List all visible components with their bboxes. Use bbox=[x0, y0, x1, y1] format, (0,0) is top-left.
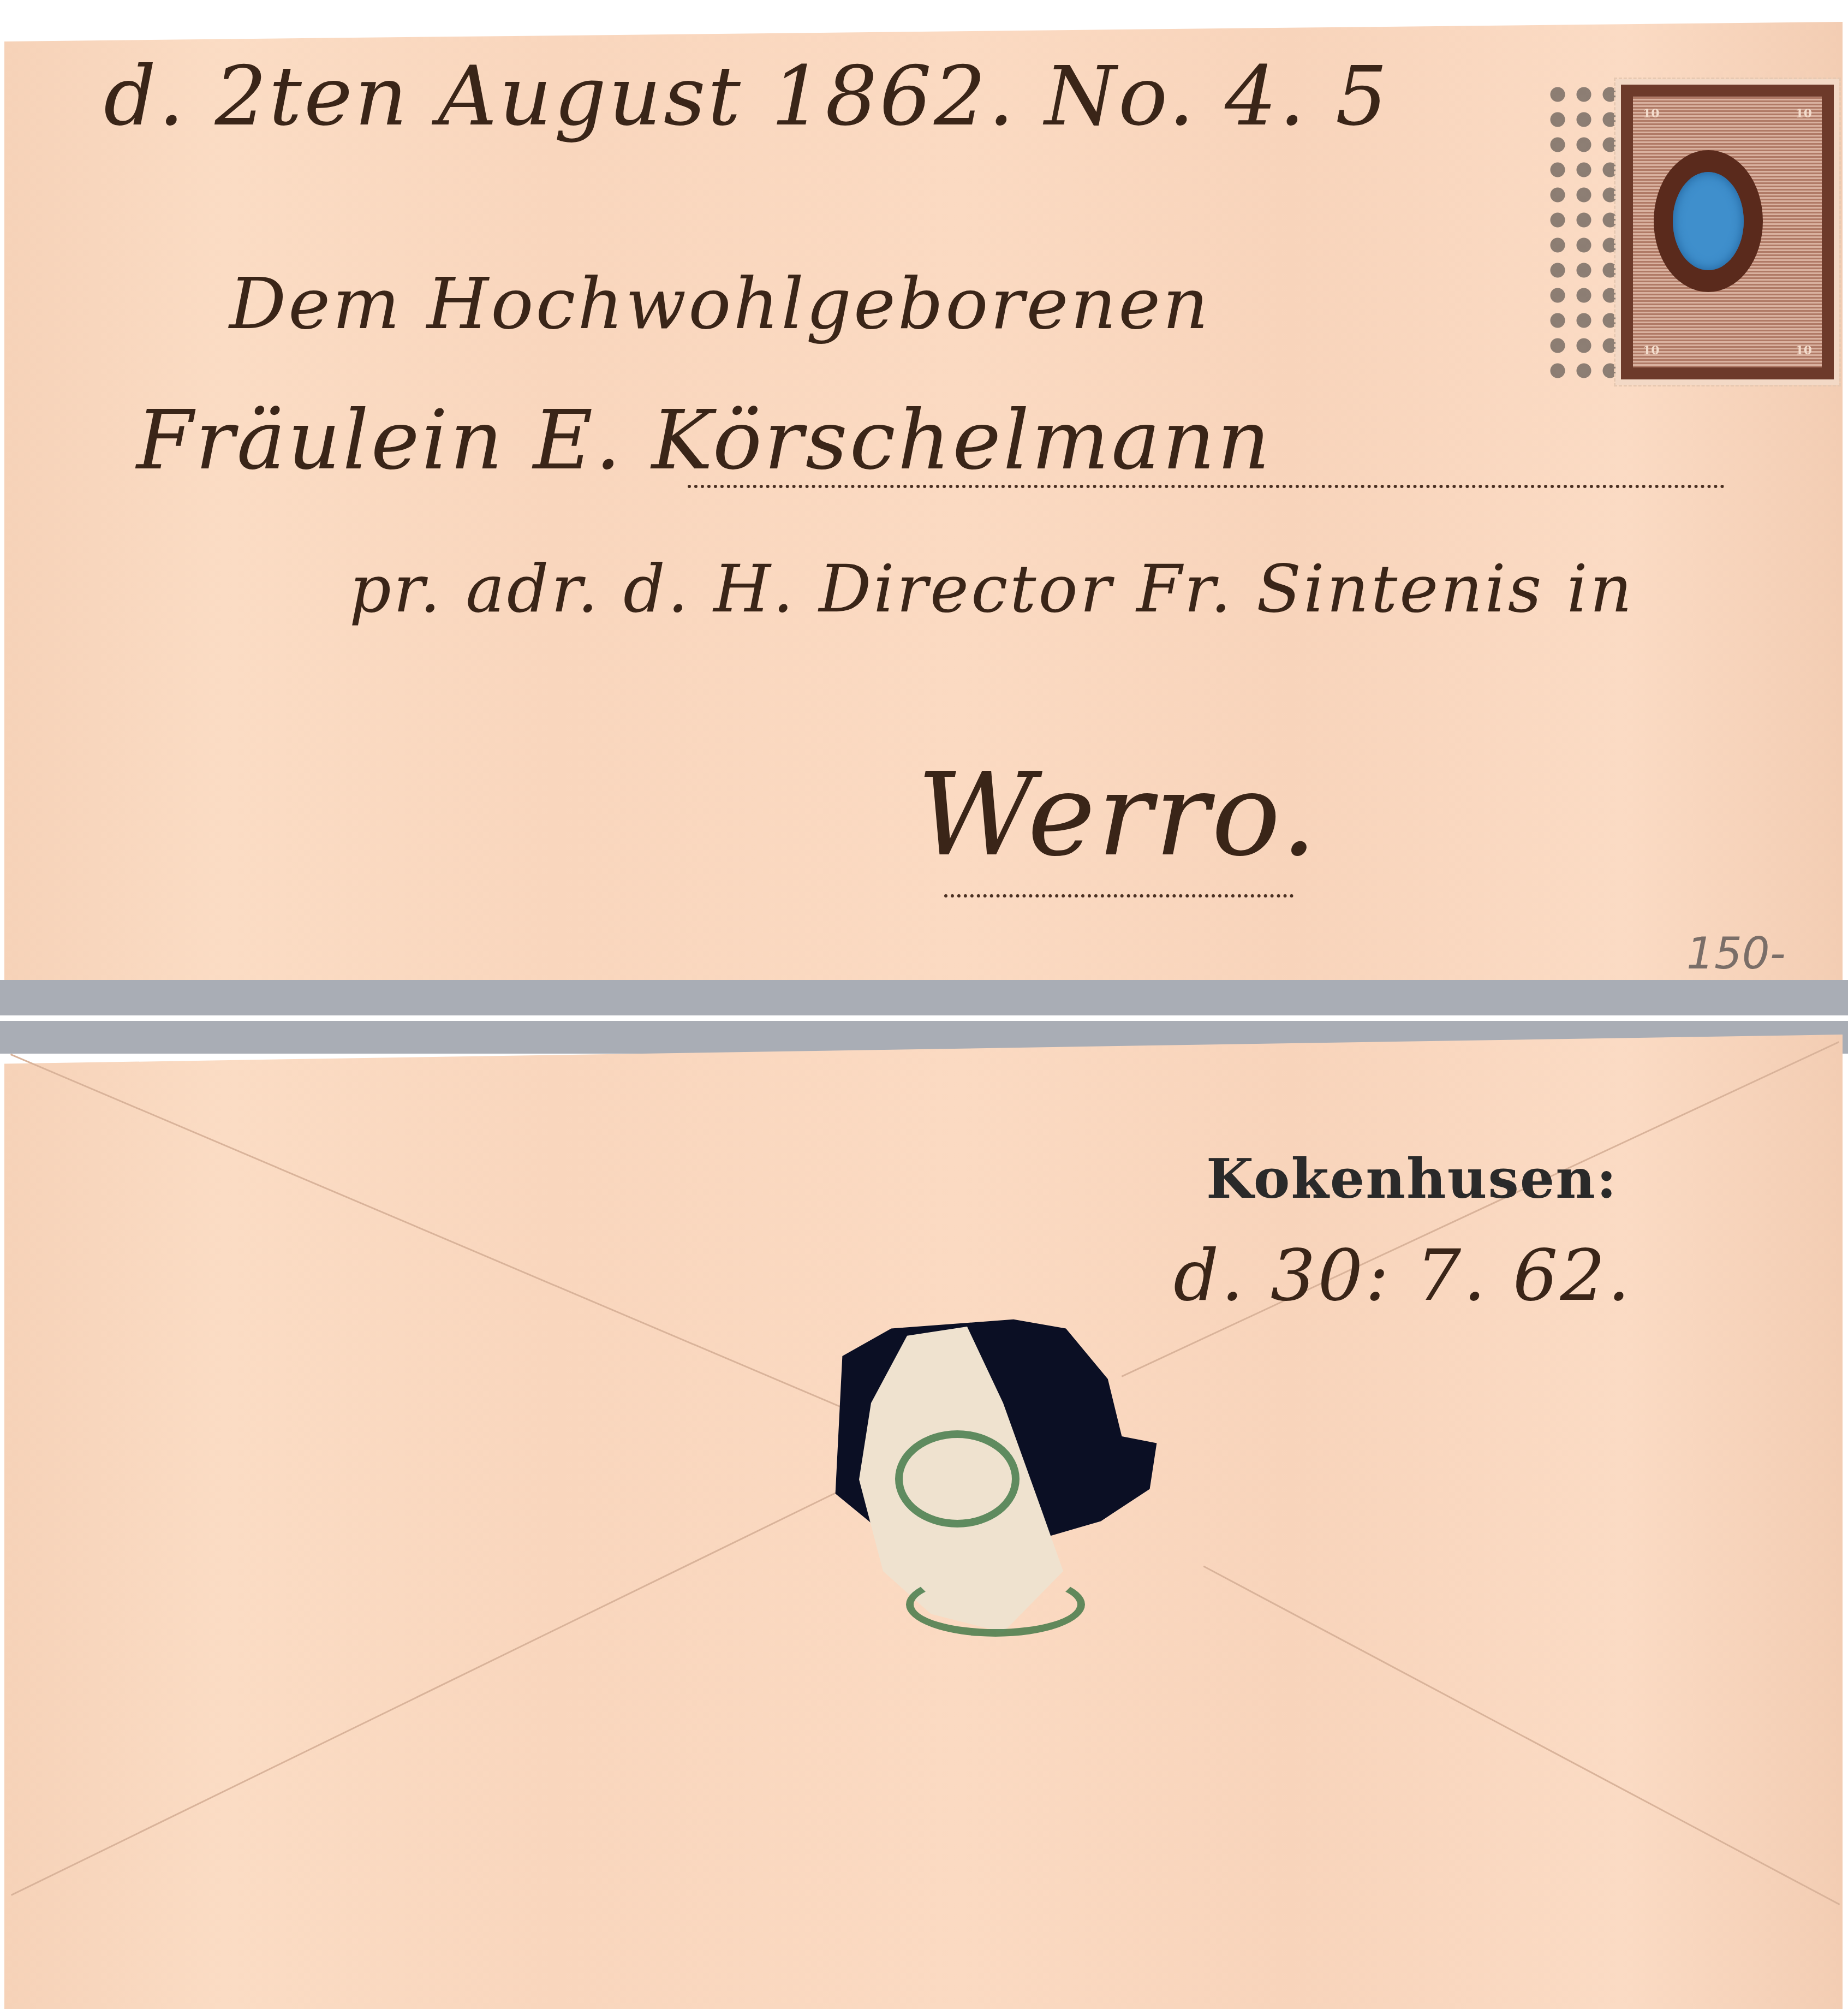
arrival-date-manuscript: d. 30: 7. 62. bbox=[1173, 1234, 1632, 1317]
address-care-of: pr. adr. d. H. Director Fr. Sintenis in bbox=[349, 551, 1634, 627]
green-wafer-mark-bottom bbox=[906, 1572, 1085, 1637]
stamp-value-bl: 10 bbox=[1643, 343, 1660, 358]
pencil-price-note: 150- bbox=[1686, 928, 1786, 979]
town-underline bbox=[944, 890, 1293, 897]
stamp-value-tl: 10 bbox=[1643, 106, 1660, 121]
green-wafer-mark-top bbox=[895, 1430, 1020, 1527]
address-salutation: Dem Hochwohlgeborenen bbox=[229, 262, 1211, 345]
docket-line: d. 2ten August 1862. No. 4. 5 bbox=[104, 49, 1390, 144]
address-town: Werro. bbox=[917, 748, 1319, 882]
stamp-value-br: 10 bbox=[1795, 343, 1812, 358]
scan-gap bbox=[0, 980, 1848, 1015]
postage-stamp: 10 10 10 10 bbox=[1615, 79, 1839, 385]
address-recipient: Fräulein E. Körschelmann bbox=[136, 393, 1272, 488]
stamp-eagle-center bbox=[1673, 172, 1744, 270]
origin-postmark: Kokenhusen: bbox=[1206, 1146, 1618, 1211]
stamp-value-tr: 10 bbox=[1795, 106, 1812, 121]
envelope-front: d. 2ten August 1862. No. 4. 5 Dem Hochwo… bbox=[0, 0, 1848, 1015]
recipient-underline bbox=[688, 480, 1725, 488]
